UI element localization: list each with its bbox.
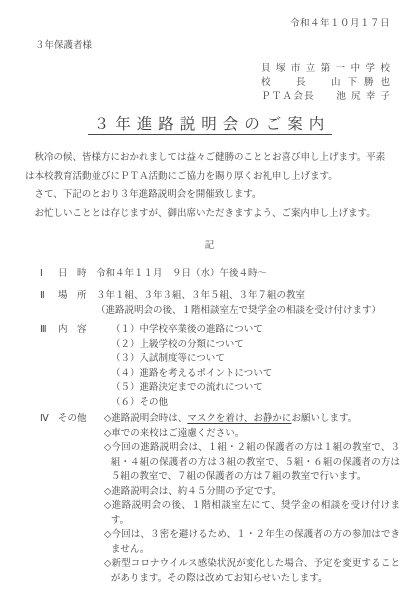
contents-item: （１）中学校卒業後の進路について [111,323,400,338]
contents-item: （４）進路を考えるポイントについて [111,367,400,382]
section-numeral: Ⅲ [40,323,58,338]
section-numeral: Ⅳ [40,412,58,427]
section-contents: Ⅲ 内 容 （１）中学校卒業後の進路について （２）上級学校の分類について （３… [40,323,400,410]
other-item: ◇進路説明会は、約４５分間の予定です。 [104,485,400,500]
contents-item: （３）入試制度等について [111,352,400,367]
other-item-text: お願いします。 [291,413,357,424]
sender-school-name: 貝 塚 市 立 第 一 中 学 校 [261,62,390,76]
other-item-text: ◇進路説明会時は、 [104,413,187,424]
other-item: ◇車での来校はご遠慮ください。 [104,427,400,442]
section-place: Ⅱ 場 所 ３年１組、３年３組、３年５組、３年７組の教室 （進路説明会の後、１階… [40,289,400,318]
section-other: Ⅳ その他 ◇進路説明会時は、マスクを着け、お静かにお願いします。 ◇車での来校… [40,412,400,586]
other-item-mask-notice: ◇進路説明会時は、マスクを着け、お静かにお願いします。 [104,412,400,427]
sender-pta-president-name: ＰＴＡ会長 池 尻 幸 子 [261,90,390,104]
other-item: ◇今回の進路説明会は、１組・２組の保護者の方は１組の教室で、３組・４組の保護者の… [104,441,400,485]
underlined-text: マスクを着け、お静かに [187,413,291,424]
title-row: ３年進路説明会のご案内 [0,118,420,136]
section-numeral: Ⅰ [40,267,58,282]
greeting-paragraphs: 秋冷の候、皆様方におかれましては益々ご健勝のこととお喜び申し上げます。平素 は本… [25,149,398,223]
other-item: ◇新型コロナウイルス感染状況が変化した場合、予定を変更することがあります。その際… [104,557,400,586]
notice-sections: Ⅰ 日 時 令和４年１１月 ９日（水）午後４時～ Ⅱ 場 所 ３年１組、３年３組… [0,267,420,587]
section-label: その他 [58,412,96,427]
contents-item: （６）その他 [111,396,400,411]
ki-heading: 記 [0,239,420,254]
greeting-line: は本校教育活動並びにＰＴＡ活動にご協力を賜り厚くお礼申し上げます。 [25,168,398,187]
greeting-line: さて、下記のとおり３年進路説明会を開催致します。 [25,186,398,205]
other-item: ◇今回は、３密を避けるため、１・２年生の保護者の方の参加はできません。 [104,528,400,557]
contents-item: （２）上級学校の分類について [111,338,400,353]
section-label: 日 時 [58,267,96,282]
place-value: ３年１組、３年３組、３年５組、３年７組の教室 [96,289,400,304]
greeting-line: 秋冷の候、皆様方におかれましては益々ご健勝のこととお喜び申し上げます。平素 [25,149,398,168]
section-label: 内 容 [58,323,96,338]
contents-item: （５）進路決定までの流れについて [111,381,400,396]
sender-block: 貝 塚 市 立 第 一 中 学 校 校 長 山 下 勝 也 ＰＴＡ会長 池 尻 … [261,62,390,105]
section-label: 場 所 [58,289,96,304]
document-title: ３年進路説明会のご案内 [88,118,333,136]
document-date: 令和４年１０月１７日 [0,17,390,32]
sender-principal-name: 校 長 山 下 勝 也 [261,76,390,90]
addressee: ３年保護者様 [35,39,420,54]
document-page: 令和４年１０月１７日 ３年保護者様 貝 塚 市 立 第 一 中 学 校 校 長 … [0,0,420,593]
other-item: ◇進路説明会の後、１階相談室左にて、奨学金の相談を受け付けます。 [104,499,400,528]
place-note: （進路説明会の後、１階相談室左で奨学金の相談を受け付けます） [96,304,400,319]
section-datetime: Ⅰ 日 時 令和４年１１月 ９日（水）午後４時～ [40,267,400,282]
greeting-line: お忙しいこととは存じますが、御出席いただきますよう、ご案内申し上げます。 [25,205,398,224]
section-numeral: Ⅱ [40,289,58,304]
datetime-value: 令和４年１１月 ９日（水）午後４時～ [96,267,400,282]
